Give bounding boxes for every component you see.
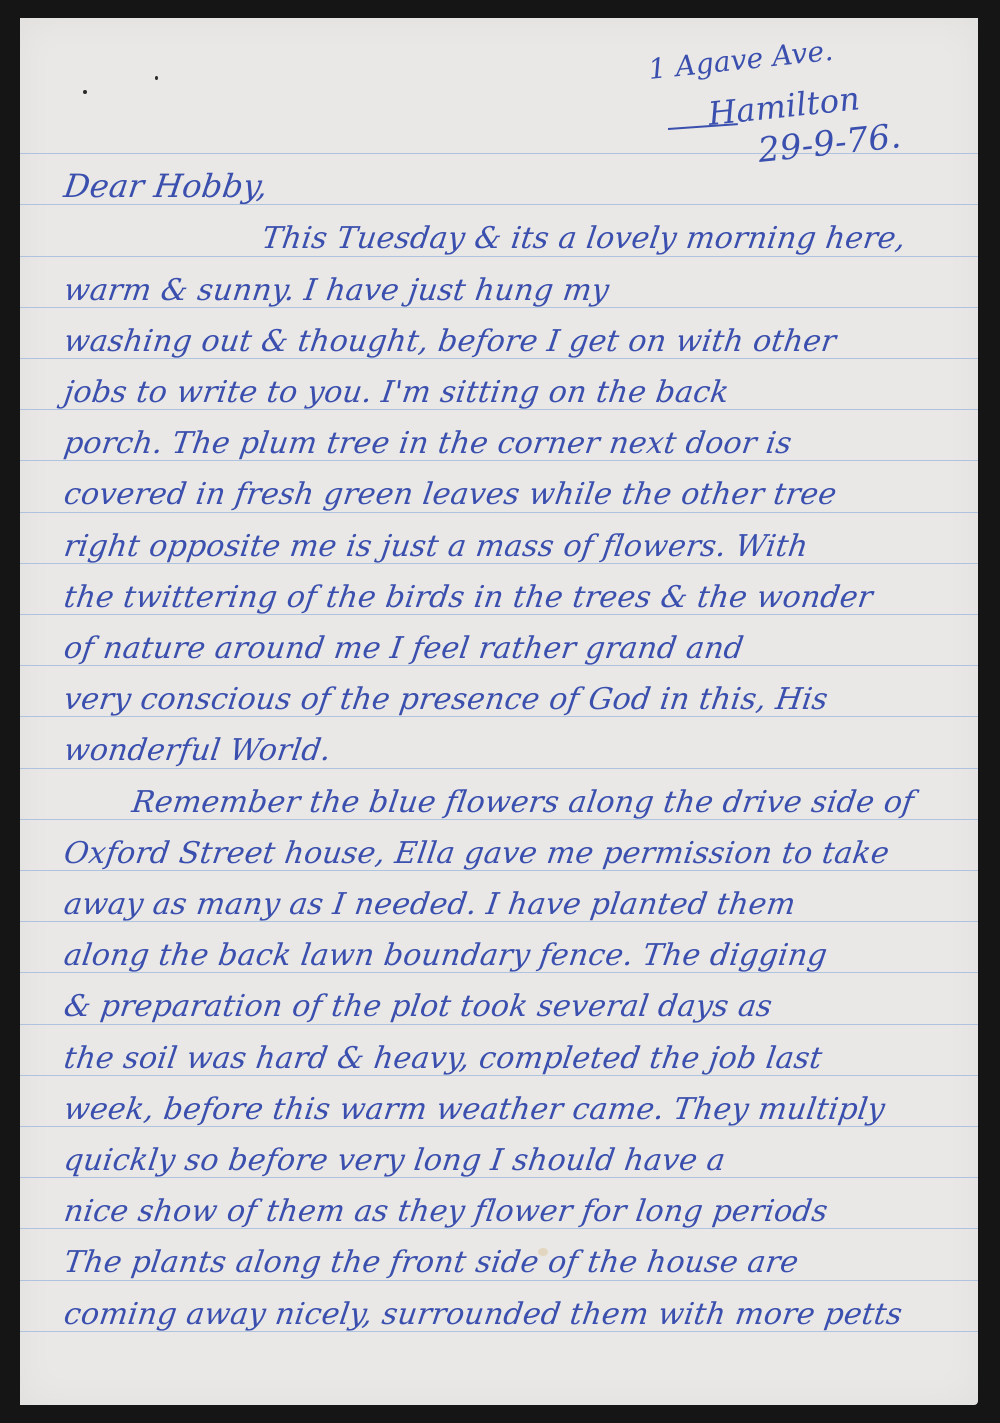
letter-line: week, before this warm weather came. The… <box>62 1095 887 1125</box>
address-street: 1 Agave Ave. <box>647 37 835 84</box>
letter-line: wonderful World. <box>62 736 333 766</box>
letter-line: covered in fresh green leaves while the … <box>62 480 838 510</box>
letter-page: 1 Agave Ave. Hamilton 29-9-76. Dear Hobb… <box>20 18 978 1405</box>
ruled-line <box>20 768 978 769</box>
letter-line: of nature around me I feel rather grand … <box>62 634 745 664</box>
letter-line: away as many as I needed. I have planted… <box>62 890 797 920</box>
letter-line: Oxford Street house, Ella gave me permis… <box>62 839 891 869</box>
letter-line: The plants along the front side of the h… <box>62 1248 800 1278</box>
letter-line: quickly so before very long I should hav… <box>62 1146 727 1176</box>
salutation: Dear Hobby, <box>62 170 270 202</box>
letter-line: the twittering of the birds in the trees… <box>62 583 875 613</box>
ruled-line <box>20 256 978 257</box>
letter-line: right opposite me is just a mass of flow… <box>62 532 810 562</box>
letter-line: along the back lawn boundary fence. The … <box>62 941 829 971</box>
letter-line: very conscious of the presence of God in… <box>62 685 830 715</box>
paper-speck <box>155 76 158 80</box>
letter-line: the soil was hard & heavy, completed the… <box>62 1044 824 1074</box>
ruled-line <box>20 1280 978 1281</box>
scanned-letter: 1 Agave Ave. Hamilton 29-9-76. Dear Hobb… <box>0 0 1000 1423</box>
letter-line: warm & sunny. I have just hung my <box>62 276 611 306</box>
letter-date: 29-9-76. <box>756 119 902 168</box>
paper-speck <box>83 90 87 94</box>
letter-line: & preparation of the plot took several d… <box>62 992 774 1022</box>
ruled-line <box>20 512 978 513</box>
letter-line: jobs to write to you. I'm sitting on the… <box>62 378 731 408</box>
ruled-line <box>20 1024 978 1025</box>
letter-line: porch. The plum tree in the corner next … <box>62 429 794 459</box>
letter-line: nice show of them as they flower for lon… <box>62 1197 830 1227</box>
letter-line: This Tuesday & its a lovely morning here… <box>260 224 908 254</box>
letter-line: washing out & thought, before I get on w… <box>62 327 838 357</box>
letter-line: coming away nicely, surrounded them with… <box>62 1300 904 1330</box>
letter-line: Remember the blue flowers along the driv… <box>130 788 916 818</box>
